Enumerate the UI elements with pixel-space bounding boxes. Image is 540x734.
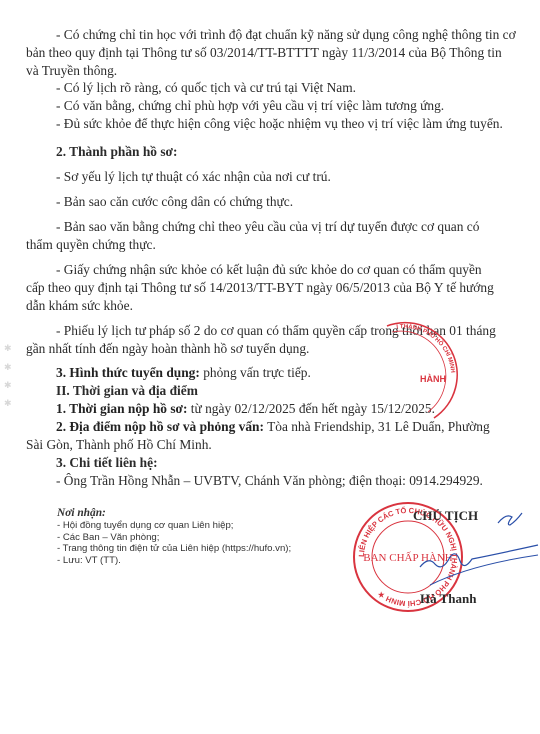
submission-place-label: 2. Địa điểm nộp hồ sơ và phỏng vấn: bbox=[56, 419, 264, 434]
dossier-item-degree-cont: thẩm quyền chứng thực. bbox=[26, 236, 156, 253]
dossier-item-id: - Bản sao căn cước công dân có chứng thự… bbox=[56, 193, 293, 210]
submission-place-cont: Sài Gòn, Thành phố Hồ Chí Minh. bbox=[26, 436, 212, 453]
recipient-item: - Các Ban – Văn phòng; bbox=[57, 532, 291, 544]
requirement-it-cert-cont: bản theo quy định tại Thông tư số 03/201… bbox=[26, 44, 502, 61]
recipient-item: - Hội đồng tuyển dụng cơ quan Liên hiệp; bbox=[57, 520, 291, 532]
requirement-it-cert-end: và Truyền thông. bbox=[26, 62, 117, 79]
recipients-title: Nơi nhận: bbox=[57, 507, 291, 520]
dossier-heading: 2. Thành phần hồ sơ: bbox=[56, 143, 177, 160]
requirement-health: - Đủ sức khỏe để thực hiện công việc hoặ… bbox=[56, 115, 503, 132]
recruitment-form: 3. Hình thức tuyển dụng: phỏng vấn trực … bbox=[56, 364, 311, 381]
dossier-item-cv: - Sơ yếu lý lịch tự thuật có xác nhận củ… bbox=[56, 168, 331, 185]
scan-mark: ✱ bbox=[4, 380, 12, 386]
contact-line: - Ông Trần Hồng Nhẫn – UVBTV, Chánh Văn … bbox=[56, 472, 483, 489]
submission-time-label: 1. Thời gian nộp hồ sơ: bbox=[56, 401, 187, 416]
document-page: ✱ ✱ ✱ ✱ - Có chứng chỉ tin học với trình… bbox=[0, 0, 540, 734]
stamp-partial-top: HÀNH I THÀNH PHỐ HỒ CHÍ MINH bbox=[382, 318, 462, 428]
dossier-item-health-end: dẫn khám sức khỏe. bbox=[26, 297, 133, 314]
contact-heading: 3. Chi tiết liên hệ: bbox=[56, 454, 158, 471]
dossier-item-health: - Giấy chứng nhận sức khỏe có kết luận đ… bbox=[56, 261, 482, 278]
dossier-item-health-cont: cấp theo quy định tại Thông tư số 14/201… bbox=[26, 279, 494, 296]
requirement-it-cert: - Có chứng chỉ tin học với trình độ đạt … bbox=[56, 26, 516, 43]
requirement-degree: - Có văn bằng, chứng chỉ phù hợp với yêu… bbox=[56, 97, 444, 114]
requirement-background: - Có lý lịch rõ ràng, có quốc tịch và cư… bbox=[56, 79, 356, 96]
submission-time: 1. Thời gian nộp hồ sơ: từ ngày 02/12/20… bbox=[56, 400, 435, 417]
recruitment-form-label: 3. Hình thức tuyển dụng: bbox=[56, 365, 200, 380]
scan-mark: ✱ bbox=[4, 362, 12, 368]
recipients-block: Nơi nhận: - Hội đồng tuyển dụng cơ quan … bbox=[57, 507, 291, 566]
dossier-item-judicial-cont: gần nhất tính đến ngày hoàn thành hồ sơ … bbox=[26, 340, 309, 357]
recruitment-form-value: phỏng vấn trực tiếp. bbox=[200, 365, 311, 380]
svg-text:I THÀNH PHỐ HỒ CHÍ MINH: I THÀNH PHỐ HỒ CHÍ MINH bbox=[396, 323, 455, 373]
svg-text:HÀNH: HÀNH bbox=[420, 374, 446, 384]
section-time-place-heading: II. Thời gian và địa điểm bbox=[56, 382, 198, 399]
dossier-item-degree: - Bản sao văn bằng chứng chỉ theo yêu cầ… bbox=[56, 218, 479, 235]
scan-mark: ✱ bbox=[4, 343, 12, 349]
signer-title: CHỦ TỊCH bbox=[413, 508, 478, 524]
recipient-item: - Lưu: VT (TT). bbox=[57, 555, 291, 567]
scan-mark: ✱ bbox=[4, 398, 12, 404]
signer-name: Hà Thanh bbox=[420, 591, 477, 607]
recipient-item: - Trang thông tin điện tử của Liên hiệp … bbox=[57, 543, 291, 555]
